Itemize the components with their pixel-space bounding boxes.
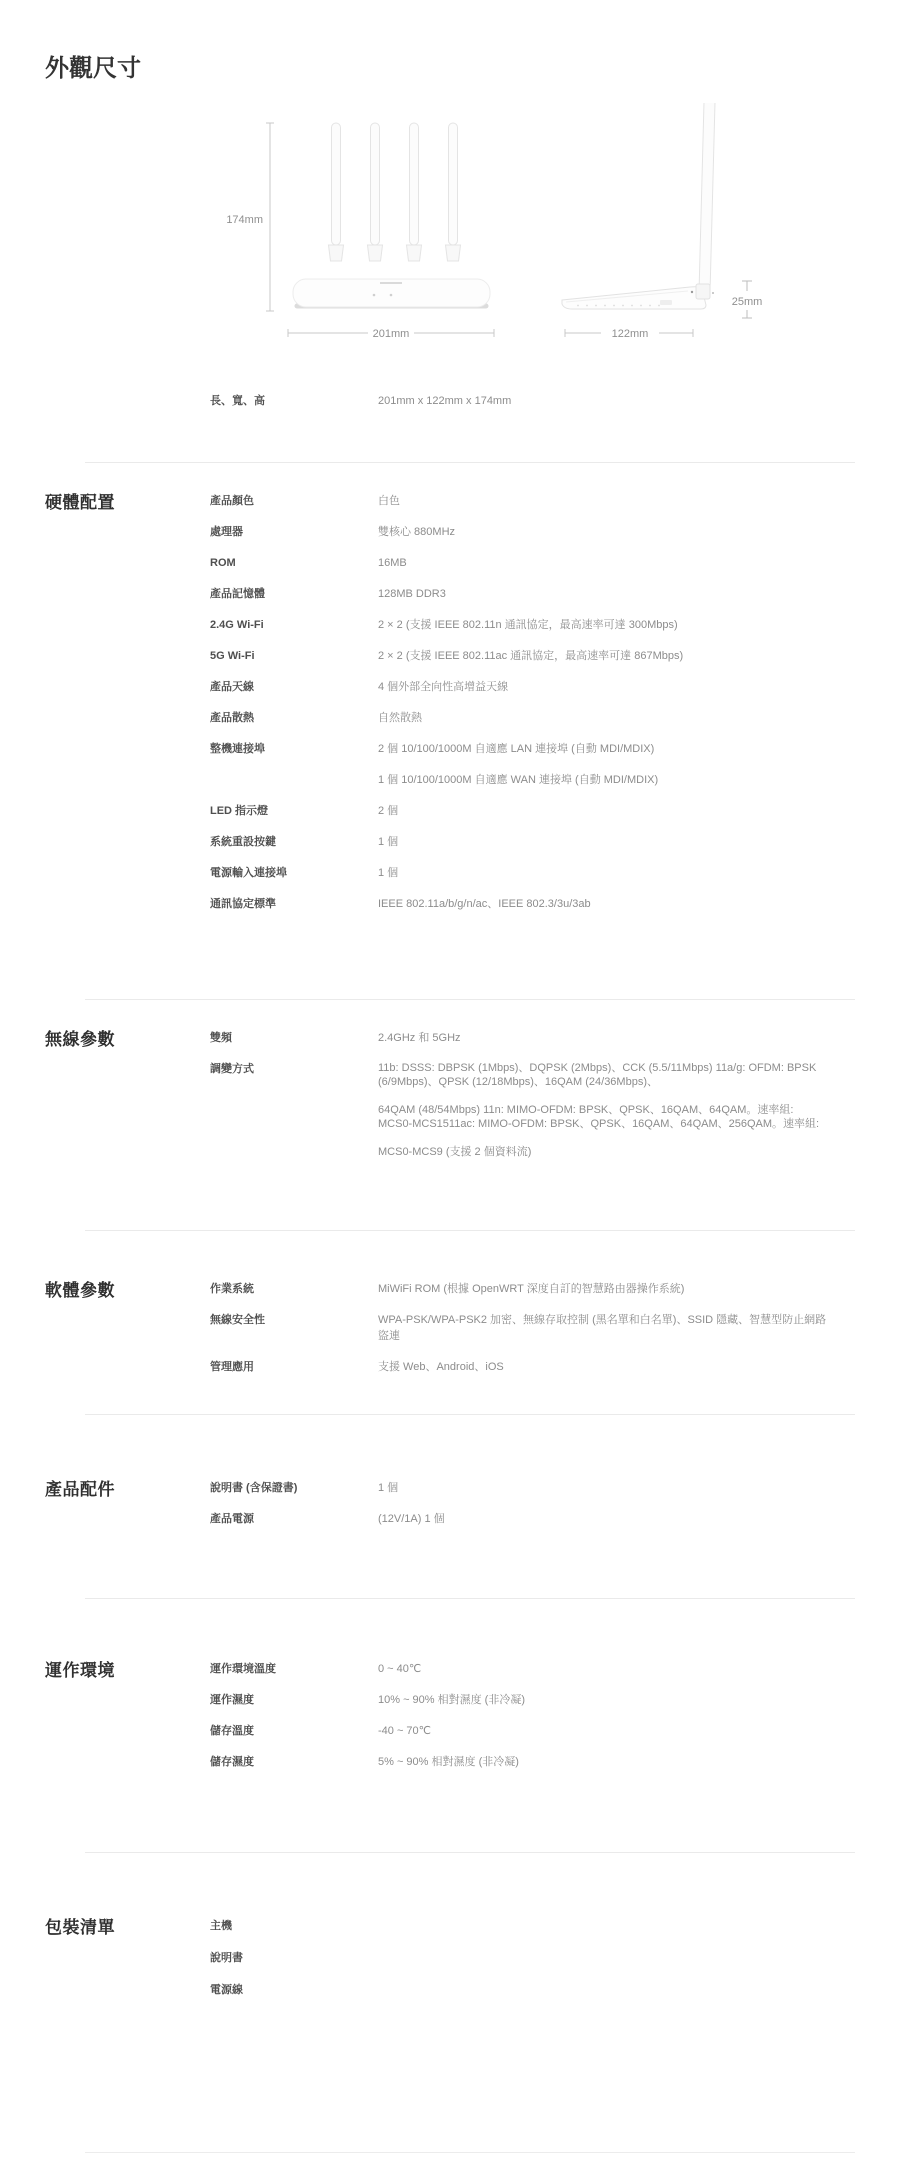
packing-item: 電源線 — [210, 1982, 900, 1998]
spec-value: 2 × 2 (支援 IEEE 802.11ac 通訊協定，最高速率可達 867M… — [378, 648, 830, 664]
spec-value: IEEE 802.11a/b/g/n/ac、IEEE 802.3/3u/3ab — [378, 896, 830, 912]
spec-value: 128MB DDR3 — [378, 586, 830, 602]
spec-value: 2 × 2 (支援 IEEE 802.11n 通訊協定，最高速率可達 300Mb… — [378, 617, 830, 633]
spec-row: 說明書 (含保證書) 1 個 — [210, 1480, 900, 1496]
spec-label: 說明書 (含保證書) — [210, 1480, 378, 1496]
spec-label: 管理應用 — [210, 1359, 378, 1375]
spec-row: 管理應用 支援 Web、Android、iOS — [210, 1359, 900, 1375]
section-dimensions: 外觀尺寸 — [0, 0, 900, 462]
spec-value: 4 個外部全向性高增益天線 — [378, 679, 830, 695]
spec-label: 5G Wi-Fi — [210, 648, 378, 664]
antenna — [449, 123, 458, 245]
spec-value: 雙核心 880MHz — [378, 524, 830, 540]
spec-label: 雙頻 — [210, 1030, 378, 1046]
spec-row: 長、寬、高 201mm x 122mm x 174mm — [210, 393, 900, 409]
section-title-software: 軟體參數 — [45, 1281, 210, 1301]
spec-value: -40 ~ 70℃ — [378, 1723, 830, 1739]
router-front-view — [293, 123, 490, 307]
spec-label: 電源輸入連接埠 — [210, 865, 378, 881]
spec-value-line: 2 個 10/100/1000M 自適應 LAN 連接埠 (自動 MDI/MDI… — [378, 741, 830, 757]
antenna-side — [699, 103, 715, 289]
hinge-dot — [691, 291, 693, 293]
antenna-base — [368, 245, 383, 261]
antenna-base — [407, 245, 422, 261]
spec-row: 調變方式 11b: DSSS: DBPSK (1Mbps)、DQPSK (2Mb… — [210, 1061, 900, 1159]
side-port — [660, 300, 672, 305]
spec-value-line: 11b: DSSS: DBPSK (1Mbps)、DQPSK (2Mbps)、C… — [378, 1061, 830, 1089]
spec-value: 白色 — [378, 493, 830, 509]
spec-label: 產品電源 — [210, 1511, 378, 1527]
spec-row: 處理器 雙核心 880MHz — [210, 524, 900, 540]
spec-value: MiWiFi ROM (根據 OpenWRT 深度自訂的智慧路由器操作系統) — [378, 1281, 830, 1297]
spec-row: 產品散熱 自然散熱 — [210, 710, 900, 726]
spec-label: 調變方式 — [210, 1061, 378, 1159]
packing-item: 主機 — [210, 1918, 900, 1934]
spec-value: 2 個 — [378, 803, 830, 819]
spec-label: 產品天線 — [210, 679, 378, 695]
spec-value: 5% ~ 90% 相對濕度 (非冷凝) — [378, 1754, 830, 1770]
spec-row: LED 指示燈 2 個 — [210, 803, 900, 819]
spec-label: ROM — [210, 555, 378, 571]
spec-page: 外觀尺寸 — [0, 0, 900, 2163]
section-title-hardware: 硬體配置 — [45, 493, 210, 513]
packing-item: 說明書 — [210, 1950, 900, 1966]
spec-row: 運作濕度 10% ~ 90% 相對濕度 (非冷凝) — [210, 1692, 900, 1708]
section-title-dimensions: 外觀尺寸 — [45, 48, 900, 83]
depth-dimension-label: 122mm — [612, 328, 649, 340]
hinge-dot — [712, 292, 714, 294]
lwh-row-wrap: 長、寬、高 201mm x 122mm x 174mm — [0, 358, 900, 424]
spec-value: 201mm x 122mm x 174mm — [378, 393, 830, 409]
section-accessories: 產品配件 說明書 (含保證書) 1 個 產品電源 (12V/1A) 1 個 — [0, 1415, 900, 1598]
section-title-environment: 運作環境 — [45, 1661, 210, 1681]
spec-row: 產品天線 4 個外部全向性高增益天線 — [210, 679, 900, 695]
spec-label: 運作濕度 — [210, 1692, 378, 1708]
antenna-base — [446, 245, 461, 261]
thickness-dimension: 25mm — [732, 281, 763, 318]
depth-dimension: 122mm — [565, 328, 693, 340]
spec-row: 運作環境溫度 0 ~ 40℃ — [210, 1661, 900, 1677]
antenna — [371, 123, 380, 245]
spec-value: 1 個 — [378, 1480, 830, 1496]
section-hardware: 硬體配置 產品顏色 白色 處理器 雙核心 880MHz ROM 16MB 產品記… — [0, 463, 900, 999]
spec-value: 10% ~ 90% 相對濕度 (非冷凝) — [378, 1692, 830, 1708]
led-dot — [390, 294, 393, 297]
section-environment: 運作環境 運作環境溫度 0 ~ 40℃ 運作濕度 10% ~ 90% 相對濕度 … — [0, 1599, 900, 1852]
router-diagram: 174mm 201mm — [0, 103, 900, 358]
spec-value: WPA-PSK/WPA-PSK2 加密、無線存取控制 (黑名單和白名單)、SSI… — [378, 1312, 830, 1344]
spec-row: ROM 16MB — [210, 555, 900, 571]
spec-row: 儲存濕度 5% ~ 90% 相對濕度 (非冷凝) — [210, 1754, 900, 1770]
spec-label: 產品記憶體 — [210, 586, 378, 602]
spec-value-line: 1 個 10/100/1000M 自適應 WAN 連接埠 (自動 MDI/MDI… — [378, 772, 830, 788]
spec-row: 2.4G Wi-Fi 2 × 2 (支援 IEEE 802.11n 通訊協定，最… — [210, 617, 900, 633]
section-packing-list: 包裝清單 主機 說明書 電源線 — [0, 1853, 900, 2054]
spec-value: 1 個 — [378, 834, 830, 850]
spec-label: 產品散熱 — [210, 710, 378, 726]
spec-label: 長、寬、高 — [210, 393, 378, 409]
section-wireless: 無線參數 雙頻 2.4GHz 和 5GHz 調變方式 11b: DSSS: DB… — [0, 1000, 900, 1230]
spec-value: 2 個 10/100/1000M 自適應 LAN 連接埠 (自動 MDI/MDI… — [378, 741, 830, 788]
spec-row: 電源輸入連接埠 1 個 — [210, 865, 900, 881]
thickness-dimension-label: 25mm — [732, 296, 763, 308]
spec-row: 通訊協定標準 IEEE 802.11a/b/g/n/ac、IEEE 802.3/… — [210, 896, 900, 912]
router-diagram-svg: 174mm 201mm — [0, 103, 900, 358]
spec-value: 2.4GHz 和 5GHz — [378, 1030, 830, 1046]
spec-row: 作業系統 MiWiFi ROM (根據 OpenWRT 深度自訂的智慧路由器操作… — [210, 1281, 900, 1297]
spec-row: 產品顏色 白色 — [210, 493, 900, 509]
spec-label: 儲存濕度 — [210, 1754, 378, 1770]
spec-row: 整機連接埠 2 個 10/100/1000M 自適應 LAN 連接埠 (自動 M… — [210, 741, 900, 788]
spec-value-line: 64QAM (48/54Mbps) 11n: MIMO-OFDM: BPSK、Q… — [378, 1103, 830, 1131]
router-body-side — [562, 287, 706, 309]
antenna — [410, 123, 419, 245]
section-title-wireless: 無線參數 — [45, 1030, 210, 1050]
spec-label: 系統重設按鍵 — [210, 834, 378, 850]
spec-row: 系統重設按鍵 1 個 — [210, 834, 900, 850]
spec-label: 2.4G Wi-Fi — [210, 617, 378, 633]
antenna-hinge — [696, 284, 710, 299]
spec-value: 1 個 — [378, 865, 830, 881]
spec-row: 5G Wi-Fi 2 × 2 (支援 IEEE 802.11ac 通訊協定，最高… — [210, 648, 900, 664]
width-dimension: 201mm — [288, 328, 494, 340]
spec-label: 儲存溫度 — [210, 1723, 378, 1739]
height-dimension-label: 174mm — [226, 214, 263, 226]
section-title-accessories: 產品配件 — [45, 1480, 210, 1500]
spec-label: 通訊協定標準 — [210, 896, 378, 912]
spec-label: 整機連接埠 — [210, 741, 378, 788]
spec-label: 運作環境溫度 — [210, 1661, 378, 1677]
spec-row: 產品電源 (12V/1A) 1 個 — [210, 1511, 900, 1527]
spec-row: 無線安全性 WPA-PSK/WPA-PSK2 加密、無線存取控制 (黑名單和白名… — [210, 1312, 900, 1344]
spec-label: 處理器 — [210, 524, 378, 540]
spec-value: 支援 Web、Android、iOS — [378, 1359, 830, 1375]
spec-value-line: MCS0-MCS9 (支援 2 個資料流) — [378, 1145, 830, 1159]
led-dot — [373, 294, 376, 297]
router-side-view — [562, 103, 715, 309]
spec-value: 16MB — [378, 555, 830, 571]
spec-label: LED 指示燈 — [210, 803, 378, 819]
spec-label: 無線安全性 — [210, 1312, 378, 1344]
bottom-divider — [85, 2152, 855, 2153]
antenna-base — [329, 245, 344, 261]
spec-row: 產品記憶體 128MB DDR3 — [210, 586, 900, 602]
section-title-packing-list: 包裝清單 — [45, 1918, 210, 1938]
spec-label: 產品顏色 — [210, 493, 378, 509]
spec-row: 儲存溫度 -40 ~ 70℃ — [210, 1723, 900, 1739]
section-software: 軟體參數 作業系統 MiWiFi ROM (根據 OpenWRT 深度自訂的智慧… — [0, 1231, 900, 1414]
spec-value: (12V/1A) 1 個 — [378, 1511, 830, 1527]
antenna-group — [329, 123, 461, 261]
width-dimension-label: 201mm — [373, 328, 410, 340]
spec-row: 雙頻 2.4GHz 和 5GHz — [210, 1030, 900, 1046]
spec-value: 0 ~ 40℃ — [378, 1661, 830, 1677]
spec-value: 自然散熱 — [378, 710, 830, 726]
spec-value: 11b: DSSS: DBPSK (1Mbps)、DQPSK (2Mbps)、C… — [378, 1061, 830, 1159]
antenna — [332, 123, 341, 245]
spec-label: 作業系統 — [210, 1281, 378, 1297]
height-dimension: 174mm — [226, 123, 274, 311]
